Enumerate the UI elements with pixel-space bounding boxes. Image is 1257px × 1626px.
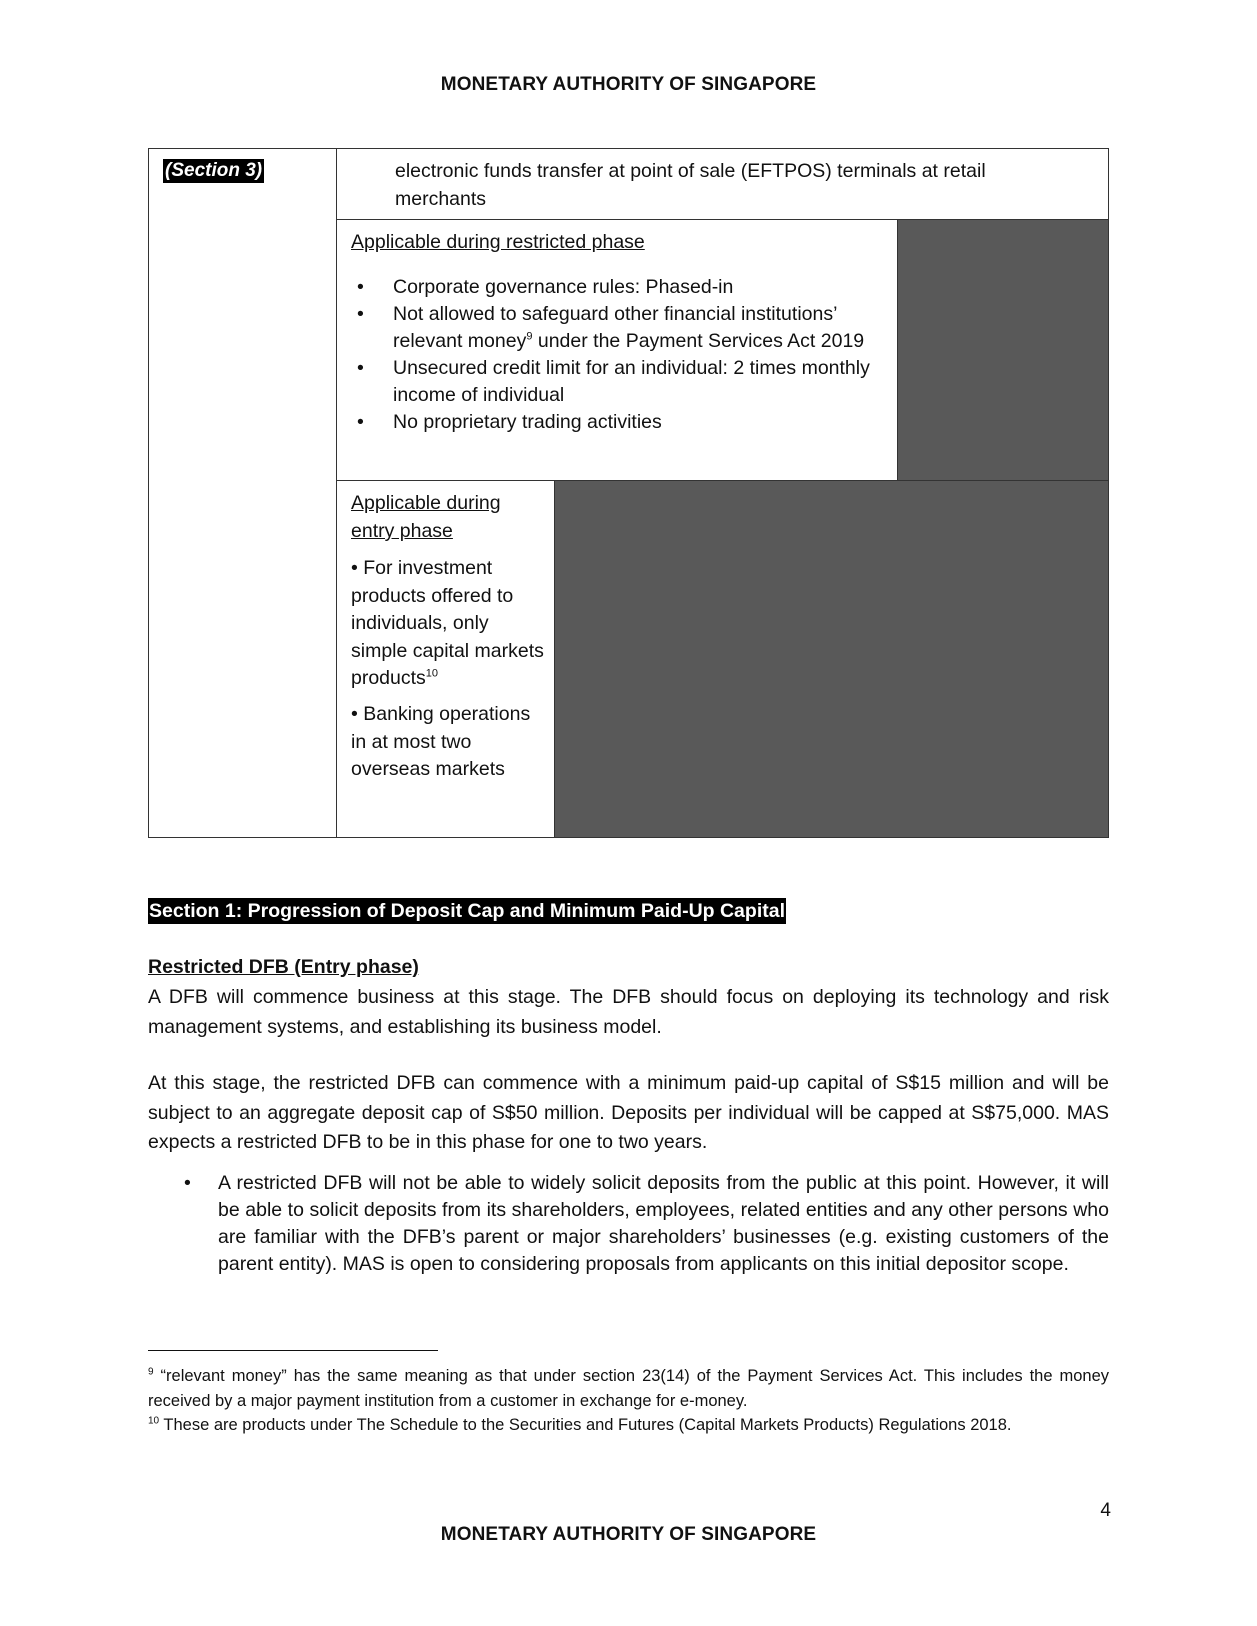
restricted-phase-heading: Applicable during restricted phase [351, 228, 645, 256]
list-item: • Unsecured credit limit for an individu… [351, 355, 891, 409]
table-left-column: (Section 3) [149, 149, 337, 837]
footnote-divider [148, 1350, 438, 1351]
section-title: Section 1: Progression of Deposit Cap an… [148, 898, 786, 924]
paragraph: At this stage, the restricted DFB can co… [148, 1069, 1109, 1158]
table-row-eftpos: electronic funds transfer at point of sa… [337, 149, 1108, 220]
page-number: 4 [1100, 1500, 1111, 1522]
bullet-icon: • [357, 409, 364, 436]
table-row-entry-phase: Applicable during entry phase • For inve… [337, 481, 1108, 837]
bullet-icon: • [357, 274, 364, 301]
section-subheading: Restricted DFB (Entry phase) [148, 954, 419, 980]
eftpos-text: electronic funds transfer at point of sa… [395, 157, 1075, 213]
list-item: • Corporate governance rules: Phased-in [351, 274, 891, 301]
entry-phase-heading: Applicable during entry phase [351, 489, 541, 545]
table-row-restricted-phase: Applicable during restricted phase • Cor… [337, 220, 1108, 481]
page-footer-title: MONETARY AUTHORITY OF SINGAPORE [0, 1524, 1257, 1546]
list-item: • Banking operations in at most two over… [351, 701, 546, 784]
restricted-phase-list: • Corporate governance rules: Phased-in … [351, 274, 891, 436]
footnote-ref-10[interactable]: 10 [426, 668, 438, 680]
shaded-cell [898, 220, 1108, 480]
paragraph: A DFB will commence business at this sta… [148, 983, 1109, 1042]
footnote-9: 9 “relevant money” has the same meaning … [148, 1364, 1109, 1413]
shaded-cell [555, 481, 1108, 837]
bullet-icon: • [357, 355, 364, 382]
list-item: • No proprietary trading activities [351, 409, 891, 436]
entry-phase-cell: Applicable during entry phase • For inve… [337, 481, 555, 837]
page-header-title: MONETARY AUTHORITY OF SINGAPORE [0, 74, 1257, 96]
list-item: • Not allowed to safeguard other financi… [351, 301, 891, 355]
bullet-icon: • [357, 301, 364, 328]
restricted-phase-cell: Applicable during restricted phase • Cor… [337, 220, 898, 480]
requirements-table: (Section 3) electronic funds transfer at… [148, 148, 1109, 838]
list-item: • A restricted DFB will not be able to w… [218, 1170, 1109, 1278]
bullet-icon: • [184, 1170, 191, 1197]
footnote-10: 10 These are products under The Schedule… [148, 1413, 1109, 1438]
section-3-label: (Section 3) [163, 159, 264, 183]
list-item: • For investment products offered to ind… [351, 555, 546, 693]
